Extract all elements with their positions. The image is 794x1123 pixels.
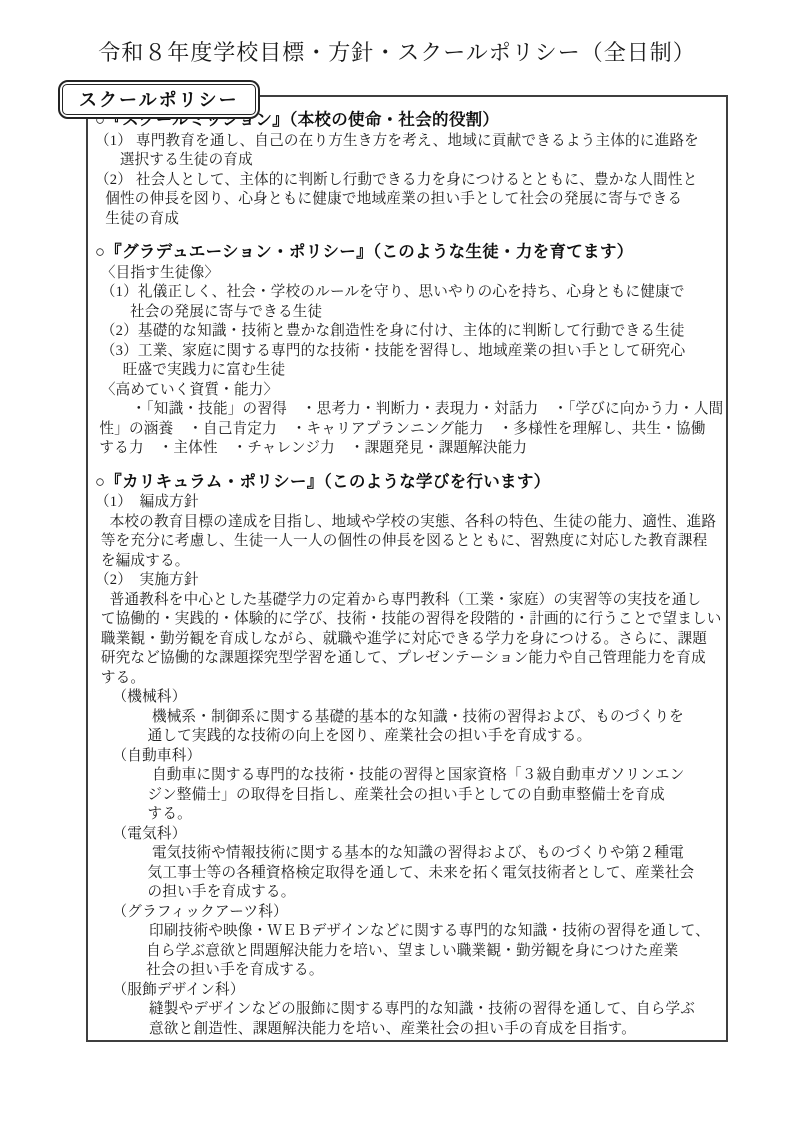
text-line: 個性の伸長を図り、心身ともに健康で地域産業の担い手として社会の発展に寄与できる <box>95 190 722 210</box>
school-policy-tab-label: スクールポリシー <box>79 90 239 110</box>
curriculum-policy-body: （1） 編成方針本校の教育目標の達成を目指し、地域や学校の実態、各科の特色、生徒… <box>95 493 722 1039</box>
text-line: する。 <box>95 669 722 689</box>
text-line: 等を充分に考慮し、生徒一人一人の個性の伸長を図るとともに、習熟度に対応した教育課… <box>95 532 722 552</box>
text-line: 職業観・勤労観を育成しながら、就職や進学に対応できる学力を身につける。さらに、課… <box>95 630 722 650</box>
text-line: 意欲と創造性、課題解決能力を培い、産業社会の担い手の育成を目指す。 <box>95 1020 722 1040</box>
school-policy-tab: スクールポリシー <box>58 80 260 119</box>
text-line: （3）工業、家庭に関する専門的な技術・技能を習得し、地域産業の担い手として研究心 <box>95 342 722 362</box>
text-line: （自動車科） <box>95 747 722 767</box>
text-line: 旺盛で実践力に富む生徒 <box>95 361 722 381</box>
text-line: （2）基礎的な知識・技術と豊かな創造性を身に付け、主体的に判断して行動できる生徒 <box>95 322 722 342</box>
text-line: する。 <box>95 805 722 825</box>
text-line: （2） 実施方針 <box>95 571 722 591</box>
text-line: ・「知識・技能」の習得 ・思考力・判断力・表現力・対話力 ・「学びに向かう力・人… <box>95 400 722 420</box>
section-curriculum-policy: ○『カリキュラム・ポリシー』（このような学びを行います） （1） 編成方針本校の… <box>95 473 722 1040</box>
text-line: を編成する。 <box>95 552 722 572</box>
text-line: 通して実践的な技術の向上を図り、産業社会の担い手を育成する。 <box>95 727 722 747</box>
text-line: （グラフィックアーツ科） <box>95 903 722 923</box>
document-page: 令和８年度学校目標・方針・スクールポリシー（全日制） スクールポリシー ○『スク… <box>0 0 794 1123</box>
text-line: （1）礼儀正しく、社会・学校のルールを守り、思いやりの心を持ち、心身ともに健康で <box>95 283 722 303</box>
text-line: 社会の担い手を育成する。 <box>95 961 722 981</box>
text-line: 社会の発展に寄与できる生徒 <box>95 303 722 323</box>
text-line: 生徒の育成 <box>95 210 722 230</box>
text-line: 〈高めていく資質・能力〉 <box>95 381 722 401</box>
text-line: 選択する生徒の育成 <box>95 151 722 171</box>
text-line: （1） 編成方針 <box>95 493 722 513</box>
text-line: （服飾デザイン科） <box>95 981 722 1001</box>
text-line: の担い手を育成する。 <box>95 883 722 903</box>
text-line: する力 ・主体性 ・チャレンジ力 ・課題発見・課題解決能力 <box>95 439 722 459</box>
text-line: （1） 専門教育を通し、自己の在り方生き方を考え、地域に貢献できるよう主体的に進… <box>95 132 722 152</box>
text-line: 電気技術や情報技術に関する基本的な知識の習得および、ものづくりや第２種電 <box>95 844 722 864</box>
text-line: 縫製やデザインなどの服飾に関する専門的な知識・技術の習得を通して、自ら学ぶ <box>95 1000 722 1020</box>
text-line: て協働的・実践的・体験的に学び、技術・技能の習得を段階的・計画的に行うことで望ま… <box>95 610 722 630</box>
text-line: （電気科） <box>95 825 722 845</box>
text-line: 〈目指す生徒像〉 <box>95 264 722 284</box>
text-line: 印刷技術や映像・ＷＥＢデザインなどに関する専門的な知識・技術の習得を通して、 <box>95 922 722 942</box>
graduation-policy-heading: ○『グラデュエーション・ポリシー』（このような生徒・力を育てます） <box>95 243 722 263</box>
text-line: 機械系・制御系に関する基礎的基本的な知識・技術の習得および、ものづくりを <box>95 708 722 728</box>
curriculum-policy-heading: ○『カリキュラム・ポリシー』（このような学びを行います） <box>95 473 722 493</box>
section-graduation-policy: ○『グラデュエーション・ポリシー』（このような生徒・力を育てます） 〈目指す生徒… <box>95 243 722 459</box>
school-mission-body: （1） 専門教育を通し、自己の在り方生き方を考え、地域に貢献できるよう主体的に進… <box>95 132 722 230</box>
text-line: 普通教科を中心とした基礎学力の定着から専門教科（工業・家庭）の実習等の実技を通し <box>95 591 722 611</box>
text-line: 性」の涵養 ・自己肯定力 ・キャリアプランニング能力 ・多様性を理解し、共生・協… <box>95 420 722 440</box>
text-line: 自ら学ぶ意欲と問題解決能力を培い、望ましい職業観・勤労観を身につけた産業 <box>95 942 722 962</box>
graduation-policy-body: 〈目指す生徒像〉（1）礼儀正しく、社会・学校のルールを守り、思いやりの心を持ち、… <box>95 264 722 459</box>
text-line: 研究など協働的な課題探究型学習を通して、プレゼンテーション能力や自己管理能力を育… <box>95 649 722 669</box>
section-school-mission: ○『スクールミッション』（本校の使命・社会的役割） （1） 専門教育を通し、自己… <box>95 111 722 229</box>
policy-box: ○『スクールミッション』（本校の使命・社会的役割） （1） 専門教育を通し、自己… <box>86 95 728 1042</box>
text-line: 自動車に関する専門的な技術・技能の習得と国家資格「３級自動車ガソリンエン <box>95 766 722 786</box>
text-line: 気工事士等の各種資格検定取得を通して、未来を拓く電気技術者として、産業社会 <box>95 864 722 884</box>
text-line: ジン整備士」の取得を目指し、産業社会の担い手としての自動車整備士を育成 <box>95 786 722 806</box>
text-line: 本校の教育目標の達成を目指し、地域や学校の実態、各科の特色、生徒の能力、適性、進… <box>95 513 722 533</box>
text-line: （2） 社会人として、主体的に判断し行動できる力を身につけるとともに、豊かな人間… <box>95 171 722 191</box>
text-line: （機械科） <box>95 688 722 708</box>
document-title: 令和８年度学校目標・方針・スクールポリシー（全日制） <box>0 36 794 67</box>
school-policy-tab-frame: スクールポリシー <box>62 84 256 115</box>
